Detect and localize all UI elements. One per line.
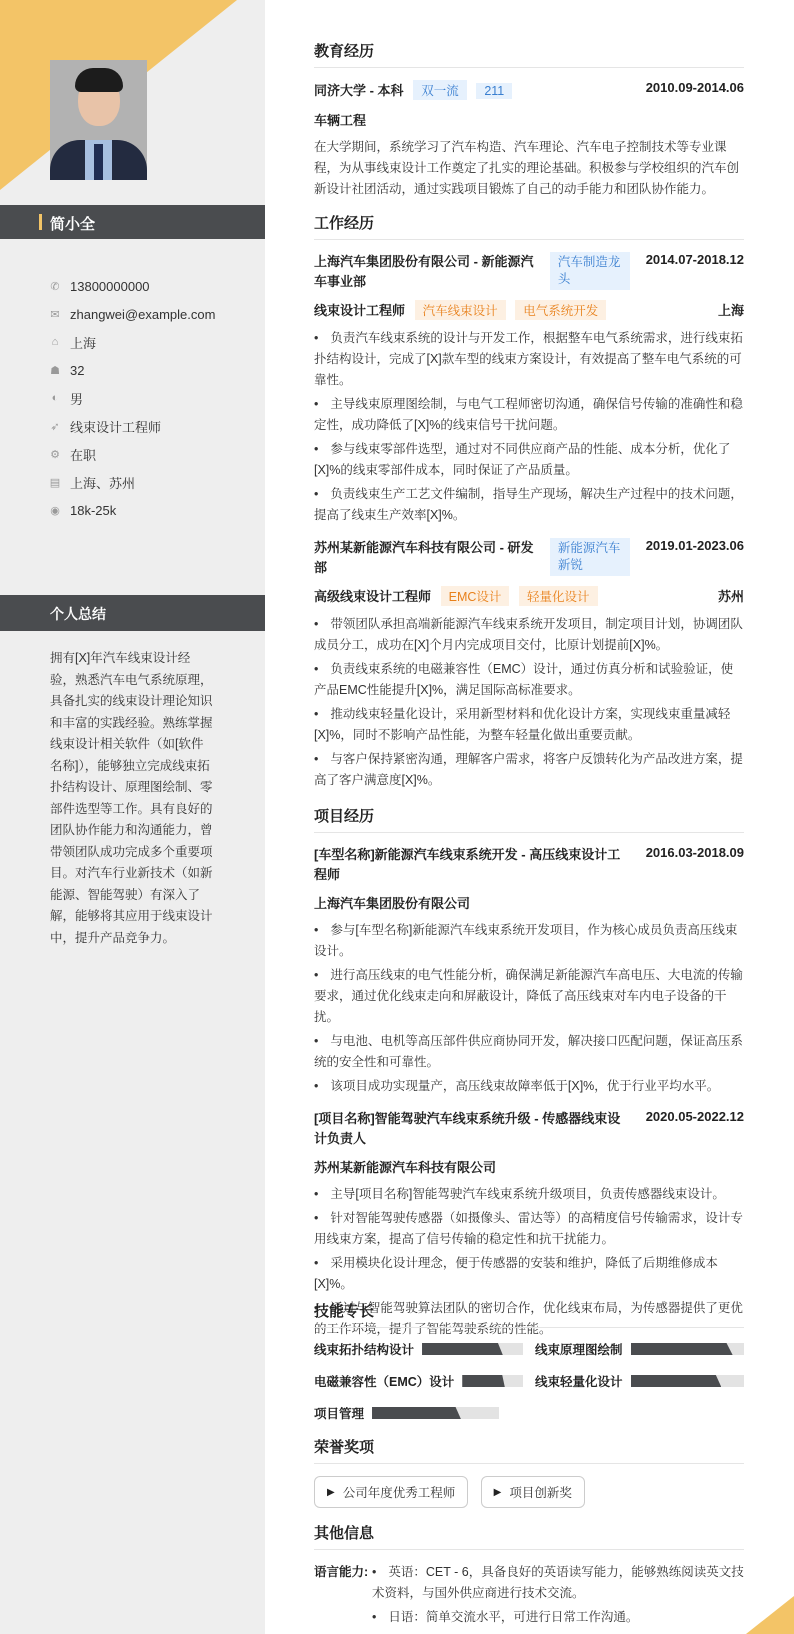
- section-title: 工作经历: [314, 212, 744, 240]
- corner-decoration: [746, 1596, 794, 1634]
- info-phone: ✆13800000000: [48, 272, 215, 300]
- contact-info-list: ✆13800000000 ✉zhangwei@example.com ⌂上海 ☗…: [48, 272, 215, 524]
- award-badge: ▶项目创新奖: [481, 1476, 585, 1508]
- work-bullets: 负责汽车线束系统的设计与开发工作，根据整车电气系统需求，进行线束拓扑结构设计，完…: [314, 328, 744, 526]
- avatar: [50, 60, 147, 180]
- projects-section: 项目经历 [车型名称]新能源汽车线束系统开发 - 高压线束设计工程师 2016.…: [314, 805, 744, 1343]
- skill-item: 线束原理图绘制: [535, 1340, 744, 1358]
- skill-item: 电磁兼容性（EMC）设计: [314, 1372, 523, 1390]
- project-name: [车型名称]新能源汽车线束系统开发 - 高压线束设计工程师: [314, 845, 624, 885]
- info-location: ⌂上海: [48, 328, 215, 356]
- project-name: [项目名称]智能驾驶汽车线束系统升级 - 传感器线束设计负责人: [314, 1109, 624, 1149]
- info-gender: ◐男: [48, 384, 215, 412]
- other-section: 其他信息 语言能力: 英语：CET - 6，具备良好的英语读写能力，能够熟练阅读…: [314, 1522, 744, 1631]
- work-role: 高级线束设计工程师: [314, 589, 431, 604]
- skill-tag: 汽车线束设计: [415, 300, 506, 320]
- section-title: 荣誉奖项: [314, 1436, 744, 1464]
- section-title: 项目经历: [314, 805, 744, 833]
- project-company: 苏州某新能源汽车科技有限公司: [314, 1157, 744, 1176]
- work-city: 上海: [718, 300, 744, 319]
- language-list: 英语：CET - 6，具备良好的英语读写能力，能够熟练阅读英文技术资料，与国外供…: [372, 1562, 744, 1631]
- phone-icon: ✆: [48, 279, 62, 293]
- skill-item: 项目管理: [314, 1404, 499, 1422]
- award-badge: ▶公司年度优秀工程师: [314, 1476, 468, 1508]
- education-section: 教育经历 同济大学 - 本科 双一流 211 2010.09-2014.06 车…: [314, 40, 744, 200]
- education-date: 2010.09-2014.06: [646, 80, 744, 95]
- section-title: 技能专长: [314, 1300, 744, 1328]
- skill-bar: [462, 1375, 523, 1387]
- skill-bar: [422, 1343, 523, 1355]
- education-major: 车辆工程: [314, 110, 744, 129]
- project-bullets: 参与[车型名称]新能源汽车线束系统开发项目，作为核心成员负责高压线束设计。 进行…: [314, 920, 744, 1097]
- info-salary: ◉18k-25k: [48, 496, 215, 524]
- company-tag: 新能源汽车新锐: [550, 538, 630, 576]
- candidate-name: 简小全: [50, 213, 95, 234]
- tag: 211: [476, 83, 512, 99]
- tag: 双一流: [413, 80, 467, 100]
- info-target-city: ▤上海、苏州: [48, 468, 215, 496]
- work-company: 上海汽车集团股份有限公司 - 新能源汽车事业部: [314, 252, 534, 292]
- work-date: 2014.07-2018.12: [646, 252, 744, 267]
- home-icon: ⌂: [48, 335, 62, 349]
- salary-icon: ◉: [48, 503, 62, 517]
- work-date: 2019.01-2023.06: [646, 538, 744, 553]
- status-icon: ⚙: [48, 447, 62, 461]
- play-icon: ▶: [327, 1487, 335, 1498]
- info-status: ⚙在职: [48, 440, 215, 468]
- summary-text: 拥有[X]年汽车线束设计经验，熟悉汽车电气系统原理，具备扎实的线束设计理论知识和…: [50, 648, 213, 949]
- project-company: 上海汽车集团股份有限公司: [314, 893, 744, 912]
- skill-tag: 轻量化设计: [519, 586, 598, 606]
- work-item: 苏州某新能源汽车科技有限公司 - 研发部 新能源汽车新锐 2019.01-202…: [314, 538, 744, 791]
- email-icon: ✉: [48, 307, 62, 321]
- age-icon: ☗: [48, 363, 62, 377]
- work-city: 苏州: [718, 586, 744, 605]
- sidebar: 简小全 ✆13800000000 ✉zhangwei@example.com ⌂…: [0, 0, 265, 1634]
- gender-icon: ◐: [48, 391, 62, 405]
- project-date: 2020.05-2022.12: [646, 1109, 744, 1124]
- building-icon: ▤: [48, 475, 62, 489]
- send-icon: ➶: [48, 419, 62, 433]
- skill-item: 线束拓扑结构设计: [314, 1340, 523, 1358]
- skills-section: 技能专长 线束拓扑结构设计 线束原理图绘制 电磁兼容性（EMC）设计 线束轻量化…: [314, 1300, 744, 1422]
- project-item: [车型名称]新能源汽车线束系统开发 - 高压线束设计工程师 2016.03-20…: [314, 845, 744, 1097]
- work-bullets: 带领团队承担高端新能源汽车线束系统开发项目，制定项目计划，协调团队成员分工，成功…: [314, 614, 744, 791]
- section-title: 教育经历: [314, 40, 744, 68]
- summary-title: 个人总结: [50, 604, 106, 624]
- skill-bar: [372, 1407, 499, 1419]
- skill-bar: [631, 1375, 744, 1387]
- play-icon: ▶: [494, 1487, 502, 1498]
- language-label: 语言能力:: [314, 1562, 372, 1631]
- awards-section: 荣誉奖项 ▶公司年度优秀工程师 ▶项目创新奖: [314, 1436, 744, 1508]
- skill-tag: 电气系统开发: [515, 300, 606, 320]
- info-email: ✉zhangwei@example.com: [48, 300, 215, 328]
- skill-tag: EMC设计: [441, 586, 510, 606]
- info-position: ➶线束设计工程师: [48, 412, 215, 440]
- work-item: 上海汽车集团股份有限公司 - 新能源汽车事业部 汽车制造龙头 2014.07-2…: [314, 252, 744, 526]
- project-date: 2016.03-2018.09: [646, 845, 744, 860]
- company-tag: 汽车制造龙头: [550, 252, 630, 290]
- name-bar: 简小全: [0, 205, 265, 239]
- skill-bar: [631, 1343, 744, 1355]
- name-accent: [39, 214, 42, 230]
- skill-item: 线束轻量化设计: [535, 1372, 744, 1390]
- summary-header: 个人总结: [0, 595, 265, 631]
- section-title: 其他信息: [314, 1522, 744, 1550]
- education-desc: 在大学期间，系统学习了汽车构造、汽车理论、汽车电子控制技术等专业课程，为从事线束…: [314, 137, 744, 200]
- work-section: 工作经历 上海汽车集团股份有限公司 - 新能源汽车事业部 汽车制造龙头 2014…: [314, 212, 744, 794]
- work-company: 苏州某新能源汽车科技有限公司 - 研发部: [314, 538, 534, 578]
- education-school: 同济大学 - 本科 双一流 211: [314, 80, 512, 100]
- work-role: 线束设计工程师: [314, 303, 405, 318]
- info-age: ☗32: [48, 356, 215, 384]
